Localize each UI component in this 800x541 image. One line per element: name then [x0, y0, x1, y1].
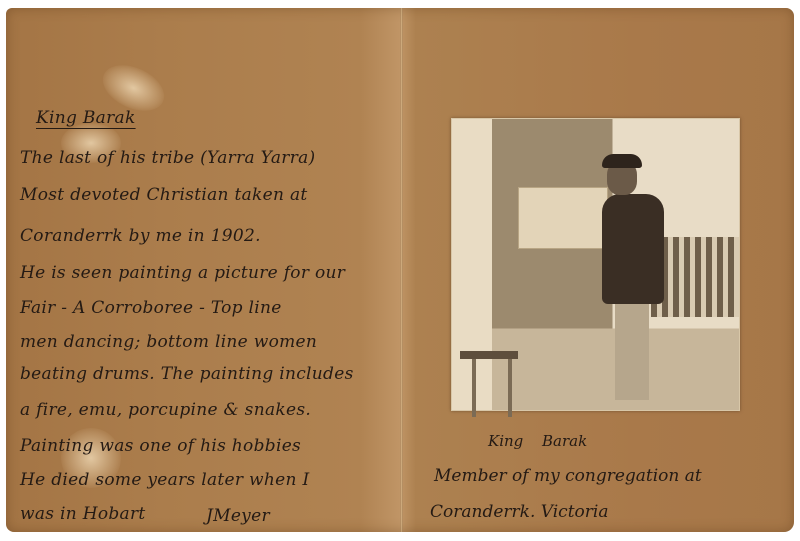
photo-album-spread: King Barak The last of his tribe (Yarra …: [6, 8, 794, 532]
note-line: was in Hobart: [20, 504, 146, 524]
note-line: a fire, emu, porcupine & snakes.: [20, 400, 311, 420]
note-line: men dancing; bottom line women: [20, 332, 317, 352]
note-line: Painting was one of his hobbies: [20, 436, 301, 456]
signature: JMeyer: [206, 506, 270, 526]
note-line: Fair - A Corroboree - Top line: [20, 298, 282, 318]
stool: [460, 351, 518, 417]
painting-board: [518, 187, 608, 249]
note-line: He is seen painting a picture for our: [20, 263, 345, 283]
sepia-photograph: [451, 118, 740, 411]
bowler-hat: [602, 154, 642, 168]
note-line: Coranderrk by me in 1902.: [20, 226, 261, 246]
photo-caption: King Barak: [488, 432, 587, 450]
note-line: The last of his tribe (Yarra Yarra): [20, 148, 316, 168]
note-line: Coranderrk. Victoria: [430, 502, 608, 522]
note-line: He died some years later when I: [20, 470, 309, 490]
note-line: beating drums. The painting includes: [20, 364, 354, 384]
figure-coat: [602, 194, 664, 304]
note-line: Member of my congregation at: [434, 466, 702, 486]
note-line: Most devoted Christian taken at: [20, 185, 308, 205]
left-page: King Barak The last of his tribe (Yarra …: [6, 8, 400, 532]
book-fold: [400, 8, 403, 532]
picket-fence: [651, 237, 739, 317]
figure-legs: [615, 302, 649, 400]
note-title: King Barak: [36, 108, 136, 128]
